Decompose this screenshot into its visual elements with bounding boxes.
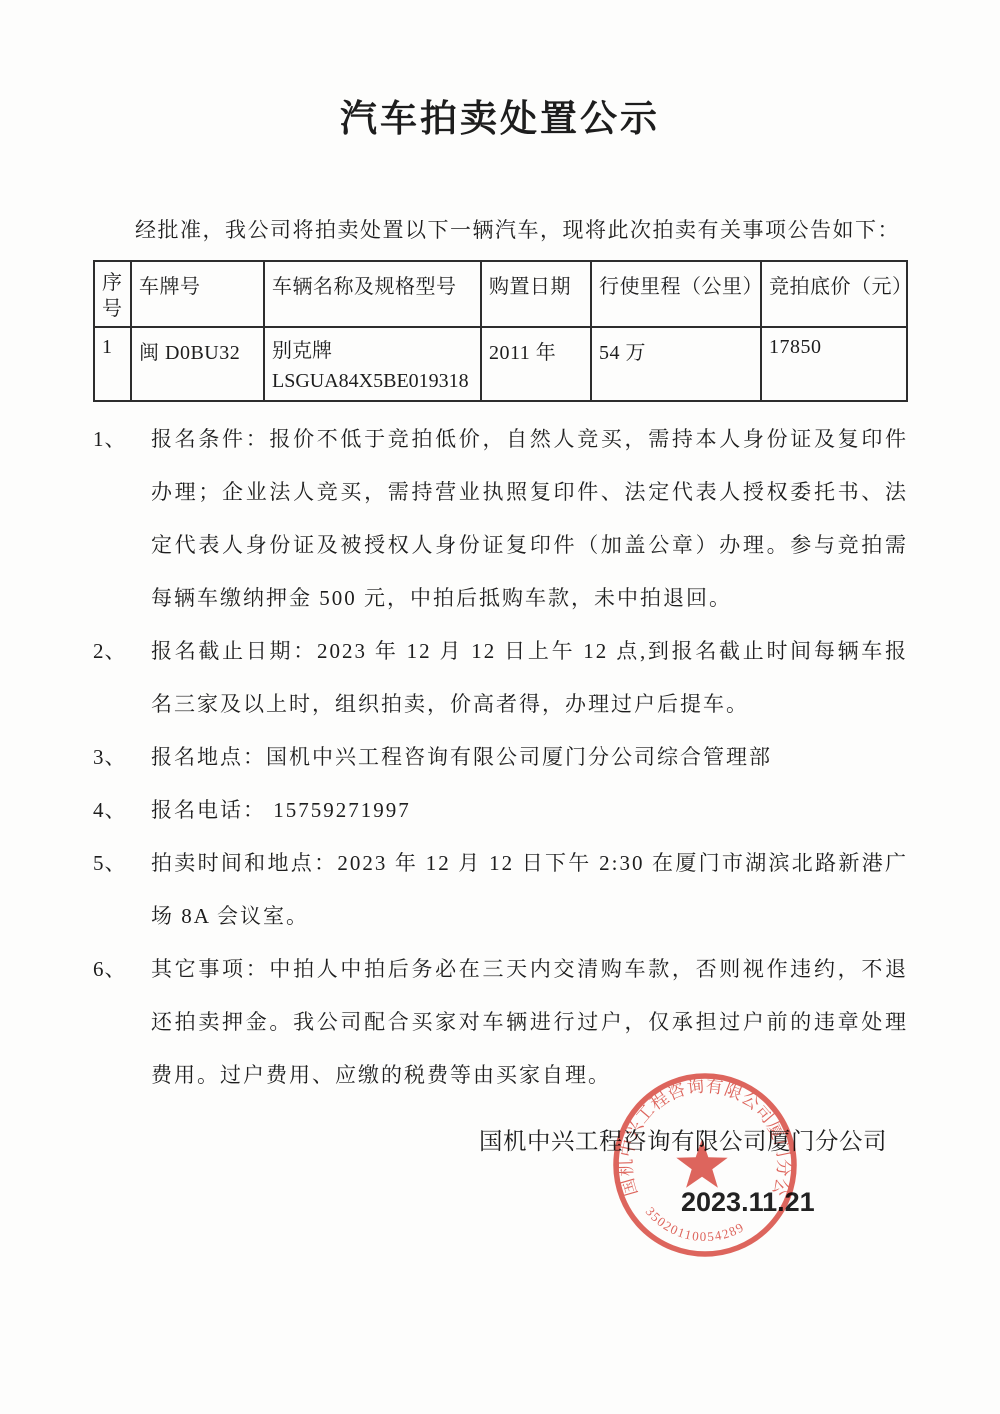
item-text: 报名地点：国机中兴工程咨询有限公司厦门分公司综合管理部 (151, 731, 908, 784)
col-header-base-price: 竞拍底价（元） (761, 261, 907, 327)
col-header-index: 序号 (94, 261, 131, 327)
seal-arc-text: 国机中兴工程咨询有限公司厦门分公司 (608, 1068, 794, 1199)
col-header-vehicle: 车辆名称及规格型号 (264, 261, 481, 327)
col-header-plate: 车牌号 (131, 261, 264, 327)
item-text: 报名条件：报价不低于竞拍低价，自然人竞买，需持本人身份证及复印件办理；企业法人竞… (151, 413, 908, 625)
item-number: 5、 (93, 837, 151, 943)
cell-vehicle: 别克牌 LSGUA84X5BE019318 (264, 327, 481, 401)
item-text: 报名电话： 15759271997 (151, 784, 908, 837)
intro-paragraph: 经批准，我公司将拍卖处置以下一辆汽车，现将此次拍卖有关事项公告如下： (93, 214, 908, 247)
list-item: 5、 拍卖时间和地点：2023 年 12 月 12 日下午 2:30 在厦门市湖… (93, 837, 908, 943)
company-seal-stamp: 国机中兴工程咨询有限公司厦门分公司 35020110054289 (608, 1068, 802, 1262)
list-item: 4、 报名电话： 15759271997 (93, 784, 908, 837)
table-row: 1 闽 D0BU32 别克牌 LSGUA84X5BE019318 2011 年 … (94, 327, 907, 401)
item-number: 3、 (93, 731, 151, 784)
item-number: 1、 (93, 413, 151, 625)
col-header-purchase-date: 购置日期 (481, 261, 591, 327)
seal-star-icon (676, 1139, 727, 1188)
cell-index: 1 (94, 327, 131, 401)
cell-mileage: 54 万 (591, 327, 761, 401)
col-header-mileage: 行使里程（公里） (591, 261, 761, 327)
table-header-row: 序号 车牌号 车辆名称及规格型号 购置日期 行使里程（公里） 竞拍底价（元） (94, 261, 907, 327)
cell-plate: 闽 D0BU32 (131, 327, 264, 401)
item-number: 6、 (93, 943, 151, 1102)
list-item: 1、 报名条件：报价不低于竞拍低价，自然人竞买，需持本人身份证及复印件办理；企业… (93, 413, 908, 625)
list-item: 2、 报名截止日期：2023 年 12 月 12 日上午 12 点,到报名截止时… (93, 625, 908, 731)
auction-table: 序号 车牌号 车辆名称及规格型号 购置日期 行使里程（公里） 竞拍底价（元） 1… (93, 260, 908, 402)
cell-base-price: 17850 (761, 327, 907, 401)
item-text: 报名截止日期：2023 年 12 月 12 日上午 12 点,到报名截止时间每辆… (151, 625, 908, 731)
item-text: 拍卖时间和地点：2023 年 12 月 12 日下午 2:30 在厦门市湖滨北路… (151, 837, 908, 943)
terms-list: 1、 报名条件：报价不低于竞拍低价，自然人竞买，需持本人身份证及复印件办理；企业… (93, 413, 908, 1102)
item-number: 2、 (93, 625, 151, 731)
cell-purchase-date: 2011 年 (481, 327, 591, 401)
document-body: 经批准，我公司将拍卖处置以下一辆汽车，现将此次拍卖有关事项公告如下： 序号 车牌… (93, 214, 908, 1102)
list-item: 3、 报名地点：国机中兴工程咨询有限公司厦门分公司综合管理部 (93, 731, 908, 784)
scanned-document-page: 汽车拍卖处置公示 经批准，我公司将拍卖处置以下一辆汽车，现将此次拍卖有关事项公告… (0, 0, 1000, 1414)
vehicle-vin: LSGUA84X5BE019318 (272, 366, 473, 396)
vehicle-name: 别克牌 (272, 336, 473, 366)
page-title: 汽车拍卖处置公示 (0, 0, 1000, 146)
item-number: 4、 (93, 784, 151, 837)
